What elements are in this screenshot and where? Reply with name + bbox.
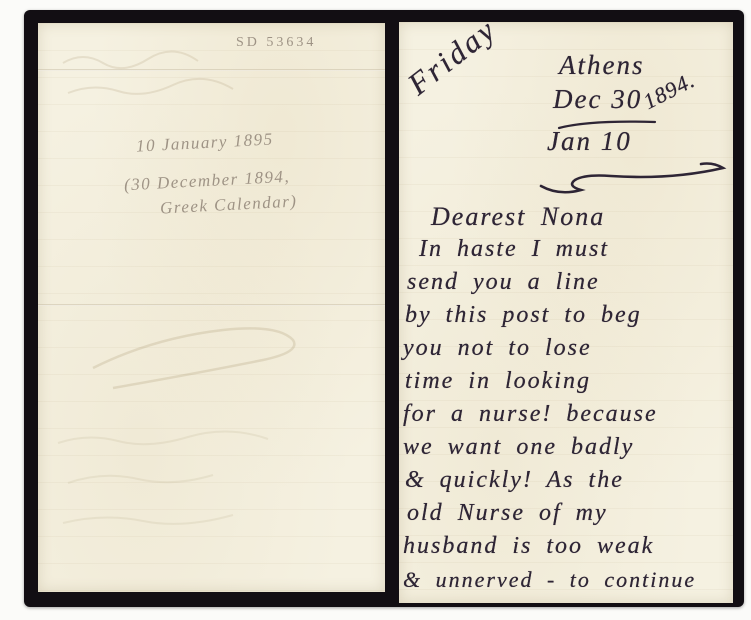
letter-body-line: husband is too weak [403, 530, 731, 563]
letter-body-line: by this post to beg [405, 299, 731, 332]
letter-body-line: we want one badly [403, 431, 731, 464]
date-old-style-line: Dec 30 [553, 84, 642, 115]
letter-body-line: old Nurse of my [407, 497, 731, 530]
letter-left-page: SD 53634 10 January 1895 (30 December 18… [38, 23, 385, 592]
letter-body-line: for a nurse! because [403, 398, 731, 431]
date-new-style-line: Jan 10 [547, 126, 632, 157]
catalog-number-annotation: SD 53634 [236, 35, 316, 51]
year-note: 1894. [639, 67, 699, 115]
letter-body: Dearest Nona In haste I must send you a … [403, 200, 731, 596]
fold-crease-top [38, 69, 385, 71]
photo-mount: SD 53634 10 January 1895 (30 December 18… [24, 10, 744, 607]
letter-body-line: send you a line [407, 266, 731, 299]
ghost-signature [78, 308, 338, 398]
ghost-writing [58, 43, 358, 123]
letter-right-page: Friday Athens Dec 30 1894. Jan 10 Deares… [399, 22, 733, 603]
ghost-writing [48, 423, 368, 543]
pencil-date-annotation: 10 January 1895 [136, 129, 275, 156]
pencil-calendar-annotation: Greek Calendar) [160, 191, 298, 218]
letter-body-line: & unnerved - to continue [403, 563, 731, 596]
letter-body-line: time in looking [405, 365, 731, 398]
flourish-underline-large [537, 158, 727, 198]
place-line: Athens [559, 50, 645, 81]
letter-body-line: & quickly! As the [405, 464, 731, 497]
scan-page: SD 53634 10 January 1895 (30 December 18… [0, 0, 751, 620]
salutation-line: Dearest Nona [431, 200, 731, 233]
day-note: Friday [401, 11, 504, 102]
letter-body-line: you not to lose [403, 332, 731, 365]
letter-body-line: In haste I must [419, 233, 731, 266]
pencil-old-style-date-annotation: (30 December 1894, [124, 167, 291, 196]
fold-crease-middle [38, 304, 385, 306]
